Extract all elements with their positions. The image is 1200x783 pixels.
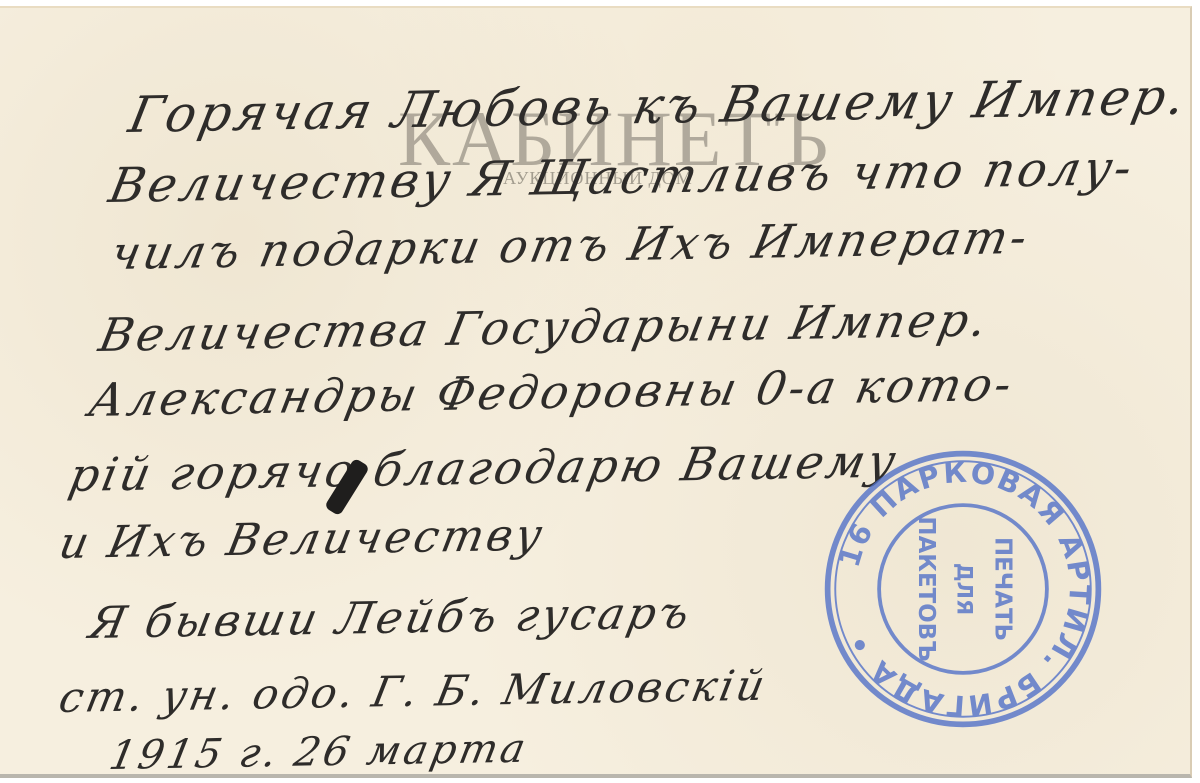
handwritten-line-4: Величества Государыни Импер. xyxy=(95,293,994,362)
postcard: КАБИНЕТЪ АУКЦИОННЫЙ ДОМ Горячая Любовь к… xyxy=(0,6,1192,778)
handwritten-line-5: Александры Федоровны 0-а кото- xyxy=(85,357,1019,427)
date-line: 1915 г. 26 марта xyxy=(106,726,533,779)
handwritten-line-8: Я бывши Лейбъ гусаръ xyxy=(85,588,696,649)
stamp-center-line-1: ПЕЧАТЬ xyxy=(989,537,1015,641)
signature-line: ст. ун. одо. Г. Б. Миловскій xyxy=(55,661,771,722)
handwritten-line-7: и Ихъ Величеству xyxy=(55,510,549,569)
stamp-center-line-2: ДЛЯ xyxy=(952,563,976,615)
handwritten-line-2: Величеству Я Щастливъ что полу- xyxy=(105,140,1140,214)
handwritten-line-6: рій горячо благодарю Вашему xyxy=(65,434,903,502)
stamp-center-line-3: ПАКЕТОВЪ xyxy=(913,516,939,661)
handwritten-line-3: чилъ подарки отъ Ихъ Императ- xyxy=(107,210,1035,280)
handwritten-line-1: Горячая Любовь къ Вашему Импер. xyxy=(124,68,1193,144)
military-seal-stamp: 16 ПАРКОВАЯ АРТИЛ. БРИГАДА • ПЕЧАТЬ ДЛЯ … xyxy=(820,446,1106,732)
